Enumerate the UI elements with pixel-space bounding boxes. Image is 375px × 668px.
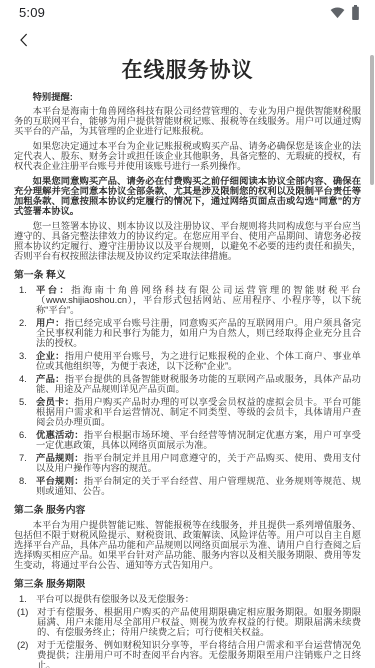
list-item-number: 2. [19, 318, 36, 348]
intro-paragraph-bold: 如果您同意购买产品、请务必在付费购买之前仔细阅读本协议全部内容、确保在充分理解并… [14, 176, 361, 216]
status-time: 5:09 [19, 5, 45, 20]
list-item-label: 优惠活动： [36, 430, 84, 440]
list-item: 2. 用户：指已经完成平台账号注册，同意购买产品的互联网用户。用户须具备完全民事… [14, 318, 361, 348]
battery-icon [351, 5, 360, 20]
status-bar: 5:09 [0, 0, 375, 24]
intro-paragraph: 如果您决定通过本平台为企业记账报税或购买产品、请务必确保您是该企业的法定代表人、… [14, 141, 361, 171]
list-item-text: 对于无偿服务、例如财税知识分享等，平台将结合用户需求和平台运营情况免费提供；注册… [37, 640, 361, 668]
list-item-text: 指平台制定的关于平台经营、用户管理规范、业务规则等规范、规则或通知、公告。 [36, 476, 361, 496]
chevron-left-icon [15, 31, 33, 49]
list-item-number: (2) [17, 640, 37, 668]
list-item-number: 1. [19, 594, 36, 604]
list-item-text: 指海南十角兽网络科技有限公司运营管理的智能财税平台（www.shijiaosho… [36, 285, 361, 315]
list-item-label: 企业： [36, 351, 65, 361]
list-item-text: 指用户使用平台账号，为之进行记账报税的企业、个体工商户、事业单位或其他组织等，为… [36, 351, 361, 371]
list-item: 6. 优惠活动：指平台根据市场环境、平台经营等情况制定优惠方案，用户可享受一定优… [14, 430, 361, 450]
list-item: 5. 会员卡：指用户购买产品时办理的可以享受会员权益的虚拟会员卡。平台可能根据用… [14, 397, 361, 427]
list-item: 7. 产品规则：指平台制定并且用户同意遵守的，关于产品购买、使用、费用支付以及用… [14, 453, 361, 473]
list-item-label: 产品： [36, 374, 65, 384]
list-item-number: 6. [19, 430, 36, 450]
list-item: 4. 产品：指平台提供的具备智能财税服务功能的互联网产品或服务，具体产品功能、用… [14, 374, 361, 394]
list-item-text: 指平台根据市场环境、平台经营等情况制定优惠方案，用户可享受一定优惠政策，具体以网… [36, 430, 361, 450]
list-item-label: 产品规则： [36, 453, 84, 463]
list-item: 3. 企业：指用户使用平台账号，为之进行记账报税的企业、个体工商户、事业单位或其… [14, 351, 361, 371]
list-item-number: 5. [19, 397, 36, 427]
back-button[interactable] [10, 26, 38, 54]
scrollbar[interactable] [370, 55, 374, 185]
intro-paragraph: 您一旦签署本协议、则本协议以及注册协议、平台规则将共同构成您与平台应当遵守的、具… [14, 221, 361, 261]
list-item-label: 平台： [36, 285, 71, 295]
list-item: (1) 对于有偿服务、根据用户购买的产品使用期限确定相应服务期限。如服务期限届满… [14, 607, 361, 637]
agreement-document[interactable]: 在线服务协议 特别提醒: 本平台是海南十角兽网络科技有限公司经营管理的、专业为用… [0, 55, 375, 668]
section-paragraph: 本平台为用户提供智能记账、智能报税等在线服务，并且提供一系列增值服务、包括但不限… [14, 520, 361, 570]
list-item: 1. 平台可以提供有偿服务以及无偿服务： [14, 594, 361, 604]
nav-bar [0, 24, 375, 55]
section-heading-2: 第二条 服务内容 [14, 506, 361, 516]
section-heading-1: 第一条 释义 [14, 271, 361, 281]
list-item-number: 3. [19, 351, 36, 371]
list-item-text: 指用户购买产品时办理的可以享受会员权益的虚拟会员卡。平台可能根据用户需求和平台运… [36, 397, 361, 427]
intro-paragraph: 本平台是海南十角兽网络科技有限公司经营管理的、专业为用户提供智能财税服务的互联网… [14, 106, 361, 136]
list-item-number: 4. [19, 374, 36, 394]
list-item: (2) 对于无偿服务、例如财税知识分享等，平台将结合用户需求和平台运营情况免费提… [14, 640, 361, 668]
list-item: 8. 平台规则：指平台制定的关于平台经营、用户管理规范、业务规则等规范、规则或通… [14, 476, 361, 496]
list-item-label: 用户： [36, 318, 65, 328]
app-screen: 5:09 在线服务协议 特别提醒: 本平台是海南十角兽网络科技有限公司经营管理的… [0, 0, 375, 668]
list-item-number: (1) [17, 607, 37, 637]
list-item-number: 1. [19, 285, 36, 315]
status-icons [330, 5, 360, 20]
list-item: 1. 平台：指海南十角兽网络科技有限公司运营管理的智能财税平台（www.shij… [14, 285, 361, 315]
page-title: 在线服务协议 [14, 59, 361, 83]
list-item-text: 平台可以提供有偿服务以及无偿服务： [36, 594, 361, 604]
list-item-label: 会员卡： [36, 397, 74, 407]
list-item-text: 指已经完成平台账号注册，同意购买产品的互联网用户。用户须具备完全民事权利能力和民… [36, 318, 361, 348]
list-item-label: 平台规则： [36, 476, 84, 486]
section-heading-3: 第三条 服务期限 [14, 580, 361, 590]
list-item-number: 7. [19, 453, 36, 473]
list-item-number: 8. [19, 476, 36, 496]
list-item-text: 指平台制定并且用户同意遵守的，关于产品购买、使用、费用支付以及用户操作等内容的规… [36, 453, 361, 473]
list-item-text: 对于有偿服务、根据用户购买的产品使用期限确定相应服务期限。如服务期限届满、用户未… [37, 607, 361, 637]
notice-label: 特别提醒: [14, 92, 361, 102]
list-item-text: 指平台提供的具备智能财税服务功能的互联网产品或服务，具体产品功能、用途及产品规则… [36, 374, 361, 394]
wifi-icon [330, 6, 345, 19]
